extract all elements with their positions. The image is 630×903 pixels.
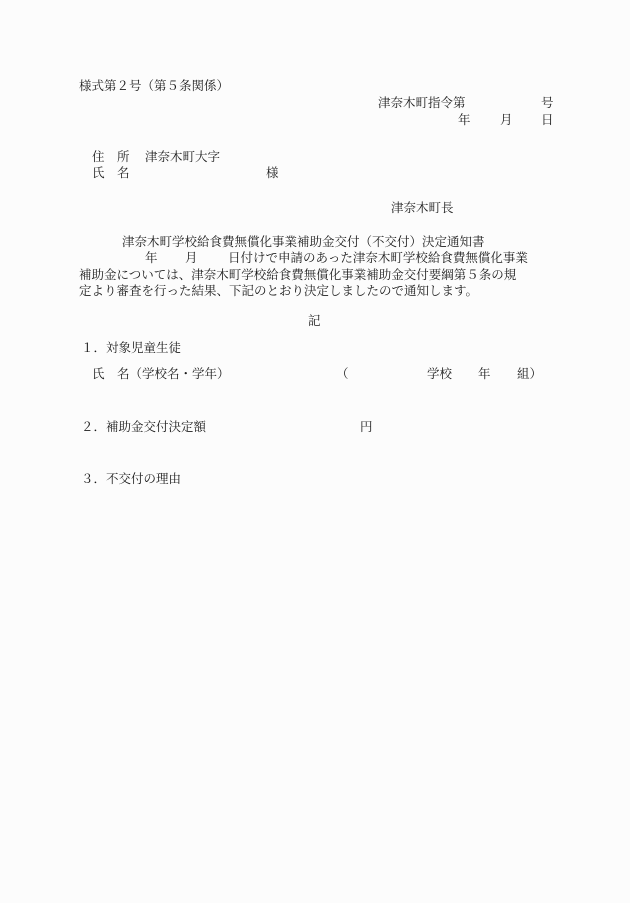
body-year-label: 年	[145, 252, 158, 265]
class-label: 組）	[517, 368, 542, 381]
body-month-label: 月	[185, 252, 198, 265]
item-3-label: 不交付の理由	[106, 473, 181, 486]
form-label: 様式第２号（第５条関係）	[79, 80, 229, 93]
name-label: 氏 名	[92, 167, 130, 180]
issue-day-label: 日	[541, 114, 554, 127]
issue-year-label: 年	[458, 114, 471, 127]
body-line-1: 日付けで申請のあった津奈木町学校給食費無償化事業	[228, 252, 528, 265]
grade-label: 年	[478, 368, 491, 381]
item-2-label: 補助金交付決定額	[106, 421, 206, 434]
item-1-number: １．	[81, 342, 106, 355]
issuer: 津奈木町長	[391, 202, 454, 215]
student-name-label: 氏 名（学校名・学年）	[92, 368, 230, 381]
item-1-label: 対象児童生徒	[106, 342, 181, 355]
item-3-number: ３．	[81, 473, 106, 486]
ki-heading: 記	[308, 315, 321, 328]
reference-suffix: 号	[541, 97, 554, 110]
item-2-number: ２．	[81, 421, 106, 434]
document-page: 様式第２号（第５条関係） 津奈木町指令第 号 年 月 日 住 所 津奈木町大字 …	[0, 0, 630, 903]
body-line-3: 定より審査を行った結果、下記のとおり決定しましたので通知します。	[79, 285, 478, 298]
honorific: 様	[266, 167, 279, 180]
school-label: 学校	[427, 368, 452, 381]
amount-unit: 円	[360, 421, 373, 434]
address-label: 住 所	[92, 151, 130, 164]
address-value: 津奈木町大字	[145, 151, 220, 164]
open-paren: （	[336, 368, 349, 381]
reference-prefix: 津奈木町指令第	[378, 97, 466, 110]
document-title: 津奈木町学校給食費無償化事業補助金交付（不交付）決定通知書	[122, 236, 485, 249]
body-line-2: 補助金については、津奈木町学校給食費無償化事業補助金交付要綱第５条の規	[79, 269, 516, 282]
issue-month-label: 月	[500, 114, 513, 127]
reason-field[interactable]	[106, 495, 546, 575]
